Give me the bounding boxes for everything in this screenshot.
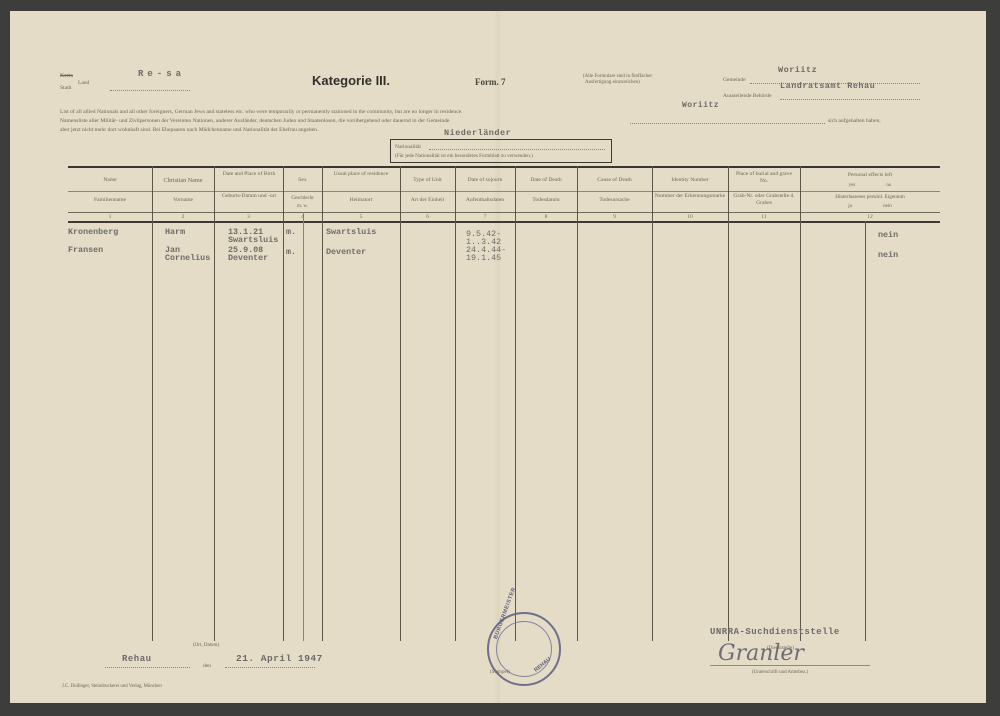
cell-sojourn: 9.5.42- 1..3.42 [466, 230, 501, 246]
kreis-line [110, 90, 190, 91]
col-number: 8 [515, 214, 577, 220]
col-header-de: Geburts-Datum und -ort [216, 193, 282, 200]
col-number: 4 [283, 214, 322, 220]
cell-sex: m. [286, 228, 296, 236]
den-label: den [203, 663, 211, 669]
col-divider [455, 166, 456, 641]
cell-effects: nein [878, 251, 898, 259]
col-header-de: Familienname [68, 197, 152, 204]
col-header-en: Date and Place of Birth [216, 171, 282, 178]
col-header-en: Name [68, 177, 152, 184]
col-divider [652, 166, 653, 641]
cell-sex: m. [286, 248, 296, 256]
col-header-en: Date of Death [515, 177, 577, 184]
nationality-label: Nationalität [395, 144, 421, 150]
ort-datum-label: (Ort, Datum) [193, 643, 219, 648]
col-number: 10 [652, 214, 728, 220]
col-number: 12 [800, 214, 940, 220]
col-divider [400, 166, 401, 641]
col-number: 3 [214, 214, 283, 220]
col-header-de: Geschlecht [283, 195, 322, 202]
col-number: 11 [728, 214, 800, 220]
col-divider [152, 166, 153, 641]
stamp-label: (Stempel) [490, 670, 510, 675]
nationality-typed: Niederländer [444, 128, 511, 138]
cell-christian-name: Harm [165, 228, 185, 236]
copies-note-2: Ausfertigung einzureichen) [585, 80, 640, 85]
document-page: Kreis Re-sa Stadt Land Kategorie III. Fo… [10, 11, 986, 703]
col-divider [515, 166, 516, 641]
col-number: 9 [577, 214, 652, 220]
col-header-de: Todesursache [577, 197, 652, 204]
col-header-en: Identity Number [652, 177, 728, 184]
col-divider-sex [303, 212, 304, 641]
col-header-de: Heimatort [322, 197, 400, 204]
page-title: Kategorie III. [312, 73, 390, 88]
col-header-en-sub: yes no [800, 182, 940, 189]
date-value: 21. April 1947 [236, 653, 323, 664]
cell-residence: Swartsluis [326, 228, 376, 236]
col-header-de: Grab-Nr. oder Grabstelle d. Grabes [730, 193, 798, 207]
intro-german-1: Namensliste aller Militär- und Zivilpers… [60, 117, 480, 126]
col-divider [214, 166, 215, 641]
cell-effects: nein [878, 231, 898, 239]
number-row-bottom [68, 221, 940, 223]
cell-birth: 25.9.08 Deventer [228, 246, 268, 262]
kreis-label-struck: Kreis [60, 73, 73, 79]
signature-line [710, 665, 870, 666]
signature: Granler [718, 641, 804, 666]
col-header-de: Art der Einheit [400, 197, 455, 204]
nationality-line [429, 149, 605, 150]
cell-sojourn: 24.4.44- 19.1.45 [466, 246, 506, 262]
behoerde-label: Ausstellende Behörde [723, 93, 771, 99]
col-divider [800, 166, 801, 641]
col-header-en: Cause of Death [577, 177, 652, 184]
ort-line [105, 667, 190, 668]
table-top-border [68, 166, 940, 168]
col-header-de: Hinterlassenes persönl. Eigentum [800, 194, 940, 201]
land-label: Land [78, 80, 89, 86]
col-header-en: Date of sojourn [455, 177, 515, 184]
kreis-typed-value: Re-sa [138, 69, 185, 79]
col-divider [577, 166, 578, 641]
col-divider-effects [865, 221, 866, 641]
gemeinde-intro-line [630, 123, 825, 124]
gemeinde-value: Woriitz [778, 65, 817, 75]
cell-name: Kronenberg [68, 228, 118, 236]
col-number: 7 [455, 214, 515, 220]
col-header-de-sub: ja nein [800, 203, 940, 210]
col-header-en: Place of burial and grave No. [732, 171, 796, 185]
ort-value: Rehau [122, 654, 152, 664]
behoerde-line [780, 99, 920, 100]
office-typed: UNRRA-Suchdienststelle [710, 627, 840, 637]
gemeinde-label: Gemeinde [723, 77, 746, 83]
col-header-de: Vorname [152, 197, 214, 204]
cell-residence: Deventer [326, 248, 366, 256]
form-number: Form. 7 [475, 77, 506, 87]
col-divider [322, 166, 323, 641]
cell-name: Fransen [68, 246, 103, 254]
col-number: 5 [322, 214, 400, 220]
col-header-en: Personal effects left [800, 172, 940, 179]
col-divider [728, 166, 729, 641]
gemeinde-intro-typed: Woriitz [682, 101, 719, 110]
date-line [225, 667, 315, 668]
col-number: 2 [152, 214, 214, 220]
col-number: 6 [400, 214, 455, 220]
header-divider [68, 191, 940, 192]
printer-imprint: J.C. Dollinger, Steindruckerei und Verla… [62, 684, 162, 689]
copies-note-1: (Alle Formulare sind in fünffacher [583, 74, 652, 79]
signature-label: (Unterschrift und Amtsbez.) [752, 670, 808, 675]
stadt-label: Stadt [60, 85, 71, 91]
behoerde-value: Landratsamt Rehau [780, 81, 875, 91]
nationality-box: Nationalität (Für jede Nationalität ist … [390, 139, 612, 163]
col-header-de: Nummer der Erkennungsmarke [654, 193, 726, 200]
col-header-en: Sex [283, 177, 322, 184]
nationality-note: (Für jede Nationalität ist ein besondere… [395, 153, 533, 159]
col-divider [283, 166, 284, 641]
col-header-en: Christian Name [152, 177, 214, 184]
number-row-top [68, 212, 940, 213]
cell-christian-name: Jan Cornelius [165, 246, 210, 262]
col-number: 1 [68, 214, 152, 220]
intro-german-1-end: sich aufgehalten haben, [828, 117, 948, 126]
intro-english: List of all allied Nationals and all oth… [60, 108, 920, 117]
col-header-en: Usual place of residence [324, 171, 398, 178]
stamp-inner-ring [496, 621, 552, 677]
col-header-de: Todesdatum [515, 197, 577, 204]
cell-birth: 13.1.21 Swartsluis [228, 228, 278, 244]
col-header-de: Aufenthaltsdaten [455, 197, 515, 204]
col-header-sub: m. w. [283, 203, 322, 210]
col-header-en: Type of Unit [400, 177, 455, 184]
